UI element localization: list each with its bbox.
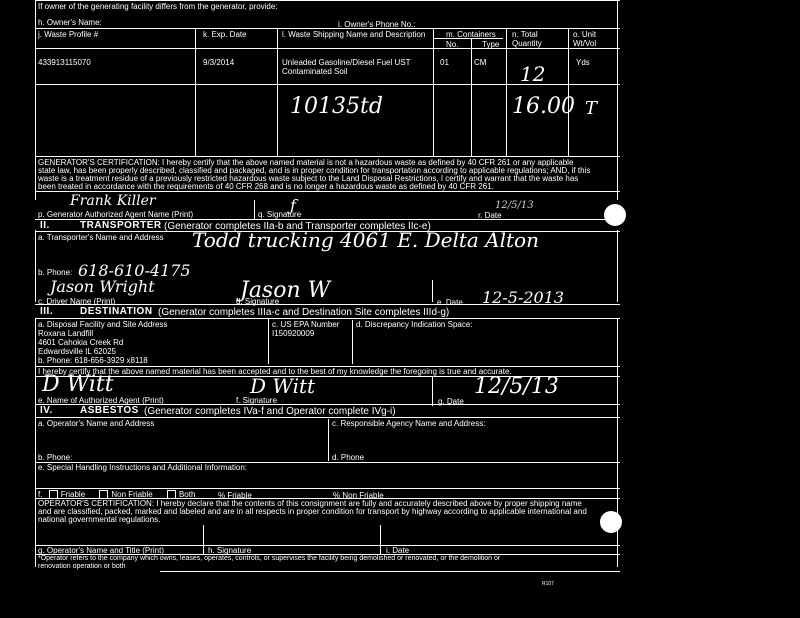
gen-agent-name-label: p. Generator Authorized Agent Name (Prin… xyxy=(38,210,193,219)
agency-phone-label: d. Phone xyxy=(332,453,364,462)
epa-number-label: c. US EPA Number xyxy=(272,320,339,329)
destination-title: DESTINATION xyxy=(80,306,153,317)
operator-footnote-line2: renovation operation or both xyxy=(38,563,126,571)
manifest-page: If owner of the generating facility diff… xyxy=(0,0,800,618)
owner-note: If owner of the generating facility diff… xyxy=(38,2,278,11)
transporter-title: TRANSPORTER xyxy=(80,220,162,231)
disposal-phone: b. Phone: 618-656-3929 x8118 xyxy=(38,356,148,365)
operator-phone-label: b. Phone: xyxy=(38,453,72,462)
gen-signature-label: q. Signature xyxy=(258,210,301,219)
owner-name-label: h. Owner's Name: xyxy=(38,18,102,27)
footer-code: R107 xyxy=(542,581,554,587)
dest-signature-value: D Witt xyxy=(250,374,315,398)
agency-label: c. Responsible Agency Name and Address: xyxy=(332,419,485,428)
transporter-name-value: Todd trucking 4061 E. Delta Alton xyxy=(192,228,539,252)
transporter-date-label: e. Date xyxy=(437,298,463,307)
col-profile: j. Waste Profile # xyxy=(38,30,98,39)
col-exp-date: k. Exp. Date xyxy=(203,30,247,39)
row1-containers-type: CM xyxy=(474,58,486,67)
transporter-name-label: a. Transporter's Name and Address xyxy=(38,233,164,242)
gen-cert-line4: been treated in accordance with the requ… xyxy=(38,182,494,191)
asbestos-subtitle: (Generator completes IVa-f and Operator … xyxy=(144,406,396,417)
operator-cert-line3: national governmental regulations. xyxy=(38,515,160,524)
disposal-facility-line3: Edwardsville IL 62025 xyxy=(38,347,116,356)
col-total-qty: n. Total Quantity xyxy=(512,30,562,48)
col-shipping-name: l. Waste Shipping Name and Description xyxy=(282,30,432,39)
disposal-facility-line2: 4601 Cahokia Creek Rd xyxy=(38,338,123,347)
binder-hole-bottom xyxy=(600,511,622,533)
epa-number-value: I150920009 xyxy=(272,329,314,338)
disposal-facility-line1: Roxana Landfill xyxy=(38,329,93,338)
row2-total-qty: 16.00 xyxy=(512,94,575,119)
disposal-facility-label: a. Disposal Facility and Site Address xyxy=(38,320,167,329)
row2-unit: T xyxy=(585,98,597,119)
row1-profile: 433913115070 xyxy=(38,58,91,67)
dest-date-value: 12/5/13 xyxy=(474,374,559,399)
row1-total-qty: 12 xyxy=(520,62,545,86)
dest-agent-value: D Witt xyxy=(42,372,114,397)
destination-subtitle: (Generator completes IIIa-c and Destinat… xyxy=(158,307,449,318)
binder-hole-top xyxy=(604,204,626,226)
gen-agent-name-value: Frank Killer xyxy=(70,193,156,209)
driver-name-value: Jason Wright xyxy=(50,277,155,296)
transporter-phone-label: b. Phone: xyxy=(38,268,72,277)
transporter-section-num: II. xyxy=(40,220,50,231)
col-unit: o. Unit Wt/Vol xyxy=(573,30,613,48)
gen-date-value: 12/5/13 xyxy=(495,200,534,211)
operator-name-label: a. Operator's Name and Address xyxy=(38,419,154,428)
discrepancy-label: d. Discrepancy Indication Space: xyxy=(356,320,473,329)
row1-unit: Yds xyxy=(576,58,590,67)
operator-footnote-line1: *Operator refers to the company which ow… xyxy=(38,555,500,563)
asbestos-section-num: IV. xyxy=(40,405,53,416)
destination-section-num: III. xyxy=(40,306,53,317)
asbestos-title: ASBESTOS xyxy=(80,405,139,416)
row1-containers-no: 01 xyxy=(440,58,449,67)
special-handling-label: e. Special Handling Instructions and Add… xyxy=(38,463,247,472)
row1-exp-date: 9/3/2014 xyxy=(203,58,234,67)
row1-shipping-name: Unleaded Gasoline/Diesel Fuel UST Contam… xyxy=(282,58,430,76)
row2-shipping-name: 10135td xyxy=(290,94,383,119)
